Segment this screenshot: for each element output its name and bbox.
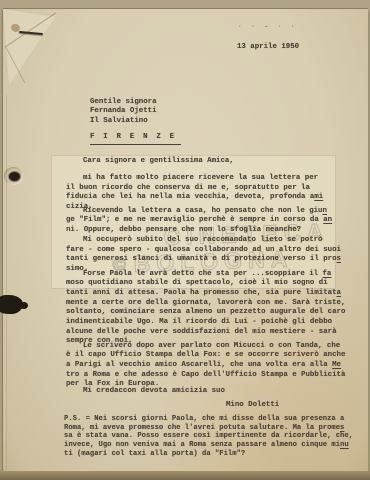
letter-line: P.S. = Nei scorsi giorni Paola, che mi d… xyxy=(64,415,353,424)
letter-line: Forse Paola le avrà detto che sta per ..… xyxy=(66,270,345,280)
letter-line: è il capo Ufficio Stampa della Fox: e se… xyxy=(66,351,345,361)
recipient-block: Gentile signoraFernanda OjettiIl Salviat… xyxy=(90,98,157,126)
letter-line: ge "Film"; e me ne meraviglio perchè è s… xyxy=(66,216,332,226)
letter-line: Ricevendo la lettera a casa, ho pensato … xyxy=(66,207,332,217)
letter-line: Fernanda Ojetti xyxy=(90,107,157,116)
hyphen-underline: s xyxy=(340,424,344,432)
paragraph-2: Ricevendo la lettera a casa, ho pensato … xyxy=(66,207,332,236)
hyphen-underline: a xyxy=(337,289,341,297)
paragraph-5: Le scriverò dopo aver parlato con Micucc… xyxy=(66,342,345,391)
hyphen-underline: Me xyxy=(332,361,341,369)
letter-line: ti (magari col taxi alla porta) da "Film… xyxy=(64,450,353,459)
letter-line: Gentile signora xyxy=(90,98,157,107)
letter-line: fare - come spero - qualcosa collaborand… xyxy=(66,246,341,256)
letter-line: Le scriverò dopo aver parlato con Micucc… xyxy=(66,342,345,352)
hyphen-underline: s xyxy=(337,255,341,263)
hyphen-underline: mi xyxy=(314,193,323,201)
letter-line: Mi occuperò subito del suo raccomandato … xyxy=(66,236,341,246)
recipient-city: F I R E N Z E xyxy=(90,133,181,145)
letter-line: mente a certe ore della giornata, lavore… xyxy=(66,299,345,309)
letter-line: a Parigi al vecchio amico Ascarelli, che… xyxy=(66,361,345,371)
pencil-marks: · · – · · xyxy=(238,22,297,32)
letter-line: alcune delle poche vere soddisfazioni de… xyxy=(66,328,345,338)
letter-line: sa è stata vana. Posso essere così imper… xyxy=(64,432,353,441)
letter-line: invece, Ugo non veniva mai a Roma senza … xyxy=(64,441,353,450)
letter-line: il buon ricordo che conserva di me e, so… xyxy=(66,184,323,194)
signature: Mino Doletti xyxy=(226,401,279,411)
letter-date: 13 aprile 1950 xyxy=(237,43,299,53)
letter-line: moso quotidiano stabile di spettacolo, c… xyxy=(66,279,345,289)
letter-line: ni. Oppure, debbo pensare che non lo sfo… xyxy=(66,226,332,236)
letter-line: soltanto, cominciare senza almeno un pez… xyxy=(66,308,345,318)
ink-blob-small xyxy=(20,302,28,309)
salutation: Cara signora e gentilissima Amica, xyxy=(66,157,234,167)
hyphen-underline: nu xyxy=(340,441,349,449)
letter-line: tanti generosi slanci di umanità e di pr… xyxy=(66,255,341,265)
scanned-letter-page: CINETECA ©BOLOGNA · · – · · 13 aprile 19… xyxy=(0,0,370,480)
letter-line: indimenticabile Ugo. Ma il ricordo di Lu… xyxy=(66,318,345,328)
hyphen-underline: fa xyxy=(323,270,332,278)
hyphen-underline: n xyxy=(323,207,327,215)
punch-hole xyxy=(9,172,20,181)
letter-line: fiducia che lei ha nella mia vecchia, de… xyxy=(66,193,323,203)
postscript-block: P.S. = Nei scorsi giorni Paola, che mi d… xyxy=(64,415,353,459)
closing-line: Mi credaccon devota amicizia suo xyxy=(66,387,225,397)
hyphen-underline: an xyxy=(323,216,332,224)
paragraph-4: Forse Paola le avrà detto che sta per ..… xyxy=(66,270,345,348)
paper-bottom-shadow xyxy=(0,471,370,480)
letter-line: mi ha fatto molto piacere ricevere la su… xyxy=(66,174,323,184)
vertical-crease xyxy=(6,95,7,470)
letter-line: tanti anni di attesa. Paola ha promesso … xyxy=(66,289,345,299)
letter-line: tro a Roma e che adesso è Capo dell'Uffi… xyxy=(66,371,345,381)
letter-line: Il Salviatino xyxy=(90,117,157,126)
